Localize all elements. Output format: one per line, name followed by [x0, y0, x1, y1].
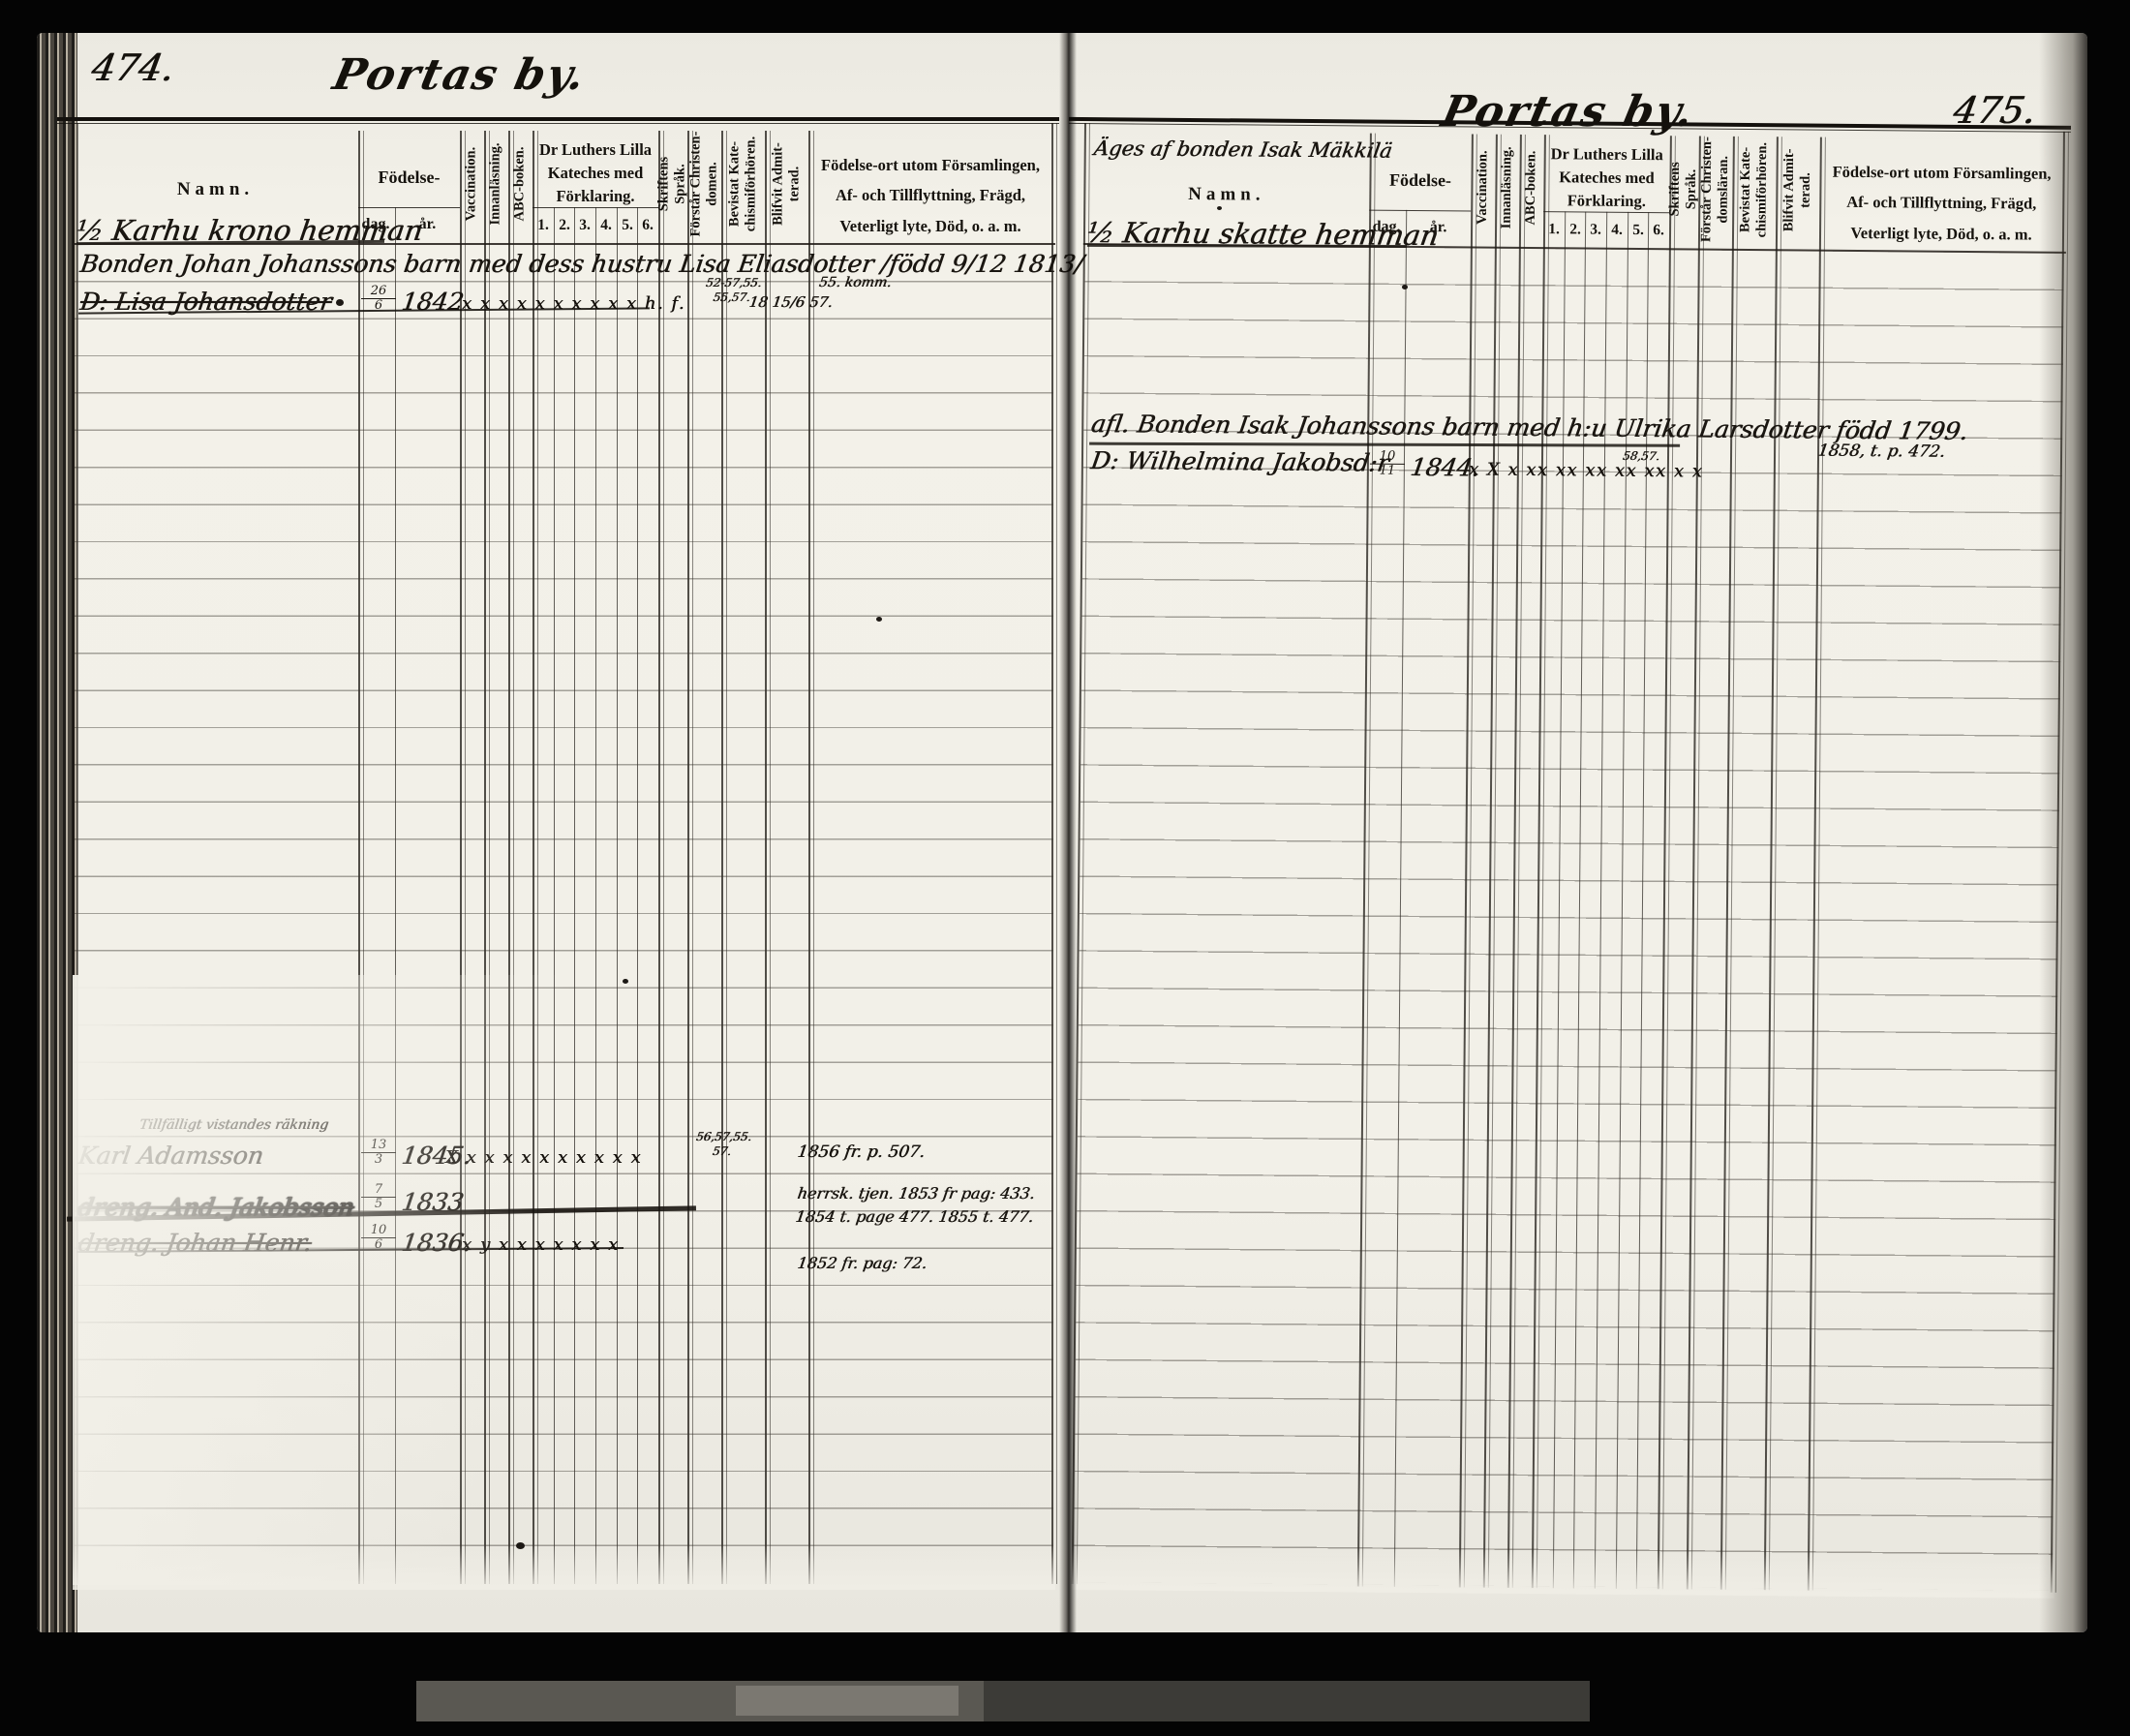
- header-innanlasning-label: Innanläsning.: [488, 122, 504, 246]
- ink-speck: [516, 1542, 525, 1549]
- header-kateches-5: 5.: [1628, 222, 1649, 239]
- fodelse-divider: [1369, 210, 1471, 212]
- header-kateches-2: 2.: [1565, 221, 1586, 238]
- header-forstar-label: Förstår Christen- domen.: [687, 122, 719, 246]
- header-bevistat: Bevistat Kate- chismiförhören.: [1730, 131, 1777, 249]
- page-title-left: Portas by.: [329, 50, 592, 100]
- header-kateches-5: 5.: [617, 217, 638, 234]
- owner-note: Äges af bonden Isak Mäkkilä: [1092, 137, 1393, 163]
- header-vaccination-label: Vaccination.: [464, 122, 480, 246]
- header-abc-boken: ABC-boken.: [1517, 129, 1545, 247]
- header-kateches-3: 3.: [1585, 222, 1606, 239]
- fade-overlay: [1072, 1545, 2054, 1599]
- header-abc-boken-label: ABC-boken.: [512, 122, 529, 246]
- ink-blot: [336, 299, 344, 306]
- header-forstar-label: Förstår Christen- domsläran.: [1698, 128, 1731, 252]
- entry-note: 1856 fr. p. 507.: [796, 1142, 926, 1162]
- right-page: Äges af bonden Isak Mäkkilä Namn. Födels…: [1072, 123, 2067, 1599]
- kateches-divider: [532, 207, 658, 208]
- header-abc-boken: ABC-boken.: [506, 125, 533, 243]
- fodelse-divider: [358, 207, 460, 208]
- header-forstar: Förstår Christen- domsläran.: [1696, 131, 1733, 249]
- birth-month: 11: [1370, 465, 1405, 477]
- header-innanlasning: Innanläsning.: [482, 125, 509, 243]
- book-gutter-shadow: [37, 33, 77, 1632]
- entry-check-marks: x x x x x x x x x x h. f.: [462, 293, 685, 314]
- ink-speck: [1217, 206, 1222, 210]
- header-abc-boken-label: ABC-boken.: [1523, 126, 1540, 250]
- header-blifvit: Blifvit Admit- terad.: [763, 125, 808, 243]
- header-top-rule: [57, 117, 1059, 121]
- entry-note: 1854 t. page 477. 1855 t. 477.: [794, 1207, 1034, 1226]
- entry-name: Bonden Johan Johanssons barn med dess hu…: [78, 250, 1085, 278]
- entry-communion-note: 55. komm.: [818, 275, 893, 290]
- header-blifvit-label: Blifvit Admit- terad.: [1780, 128, 1813, 252]
- header-kateches-4: 4.: [595, 217, 617, 234]
- header-namn: Namn.: [1083, 183, 1369, 207]
- header-skriftens-sprak: Skriftens Språk.: [1667, 130, 1699, 248]
- ink-speck: [876, 617, 882, 622]
- header-bevistat: Bevistat Kate- chismiförhören.: [719, 125, 765, 243]
- entry-note: herrsk. tjen. 1853 fr pag: 433.: [796, 1184, 1036, 1203]
- header-bevistat-label: Bevistat Kate- chismiförhören.: [1737, 128, 1770, 252]
- header-fodelse: Födelse-: [358, 168, 460, 188]
- entry-bevistat-note: 56,57,55. 57.: [693, 1130, 752, 1159]
- header-kateches: Dr Luthers Lilla Kateches med Förklaring…: [1543, 142, 1670, 213]
- scanner-bed-bar-dark: [984, 1681, 1590, 1721]
- paper-right-edge-shadow: [2039, 33, 2087, 1632]
- entry-note: 1858, t. p. 472.: [1816, 442, 1946, 462]
- header-blifvit: Blifvit Admit- terad.: [1774, 131, 1820, 249]
- header-kateches-4: 4.: [1606, 222, 1628, 239]
- header-skriftens-sprak: Skriftens Språk.: [656, 125, 687, 243]
- entry-note: 1852 fr. pag: 72.: [796, 1254, 928, 1272]
- entry-birth-day: 26 6: [361, 286, 396, 312]
- left-page: Namn. Födelse- dag. år. Vaccination. Inn…: [73, 123, 1055, 1590]
- header-kateches-1: 1.: [532, 217, 554, 234]
- ink-speck: [1402, 285, 1408, 289]
- header-innanlasning-label: Innanläsning.: [1499, 126, 1516, 250]
- birth-day: 26: [361, 286, 396, 299]
- fade-overlay: [73, 1545, 1055, 1590]
- book-fold: [1059, 33, 1077, 1632]
- entry-name: D: Wilhelmina Jakobsd:r: [1089, 446, 1391, 477]
- entry-birth-day: 10 11: [1370, 451, 1405, 477]
- header-notes: Födelse-ort utom Församlingen, Af- och T…: [808, 150, 1052, 241]
- scanned-church-record: 474. Portas by. Portas by. 475. Namn. Fö…: [0, 0, 2130, 1736]
- header-vaccination: Vaccination.: [458, 125, 485, 243]
- page-number-left: 474.: [88, 46, 177, 89]
- entry-check-marks: x X x xx xx xx xx xx x x: [1469, 459, 1704, 481]
- header-bevistat-label: Bevistat Kate- chismiförhören.: [726, 122, 758, 246]
- header-skriftens-label: Skriftens Språk.: [1666, 127, 1699, 251]
- header-kateches-3: 3.: [574, 217, 595, 234]
- header-kateches-2: 2.: [554, 217, 575, 234]
- entry-birth-year: 1842: [400, 288, 466, 316]
- header-kateches-1: 1.: [1543, 221, 1565, 238]
- header-fodelse: Födelse-: [1369, 170, 1471, 192]
- header-notes: Födelse-ort utom Församlingen, Af- och T…: [1819, 157, 2064, 250]
- fade-overlay: [73, 975, 634, 1585]
- header-kateches: Dr Luthers Lilla Kateches med Förklaring…: [532, 138, 658, 208]
- header-forstar: Förstår Christen- domen.: [685, 125, 721, 243]
- header-blifvit-label: Blifvit Admit- terad.: [770, 122, 802, 246]
- header-namn: Namn.: [73, 179, 358, 200]
- entry-admitted-date: 18 15/6 57.: [747, 293, 834, 311]
- header-skriftens-label: Skriftens Språk.: [655, 122, 687, 246]
- scanner-bed-bar-light: [736, 1686, 958, 1716]
- ink-speck: [623, 979, 628, 984]
- header-vaccination-label: Vaccination.: [1475, 126, 1492, 250]
